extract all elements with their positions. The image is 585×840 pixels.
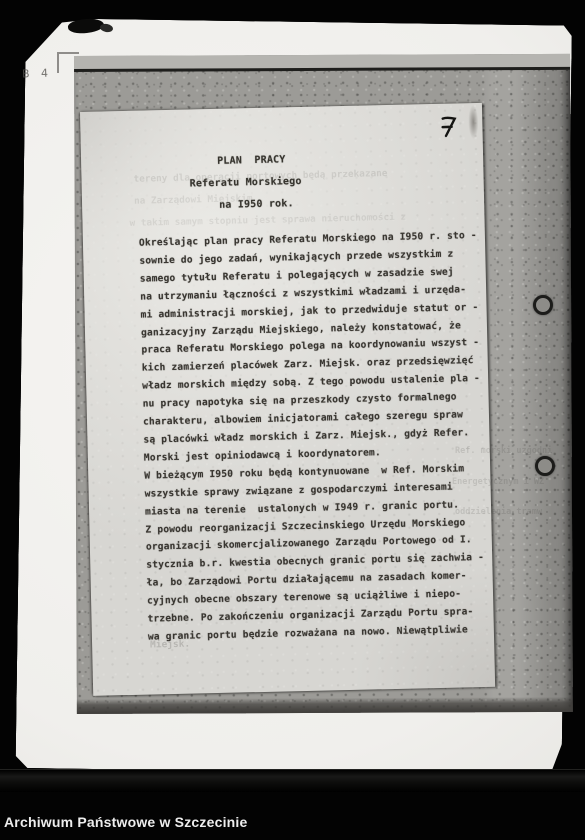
- typed-document-page: tereny dla operacji portowych będą przek…: [80, 103, 495, 696]
- ghost-margin-fragment: oddzielenia tramw: [455, 508, 542, 517]
- punch-hole-bottom: [535, 456, 555, 476]
- handwritten-seven-glyph: [438, 113, 458, 140]
- ghost-text-line: w takim samym stopniu jest sprawa nieruc…: [129, 213, 406, 229]
- pencil-code-mark: B 4: [22, 67, 52, 79]
- document-body: Określając plan pracy Referatu Morskiego…: [139, 227, 486, 646]
- ghost-margin-fragment: Energetycznym i WZ: [452, 478, 544, 487]
- archive-caption: Archiwum Państwowe w Szczecinie: [4, 814, 248, 831]
- document-title-line-2: Referatu Morskiego: [190, 176, 302, 191]
- document-title-line-1: PLAN PRACY: [217, 154, 286, 168]
- document-title-line-3: na I950 rok.: [219, 198, 294, 212]
- scanner-bed-band: [0, 769, 585, 792]
- page-number-7: [438, 113, 458, 144]
- page-corner-smudge: [468, 105, 479, 139]
- archival-scan-photo: B 4 tereny dla operacji portowych będą p…: [0, 0, 585, 840]
- punch-hole-top: [533, 295, 553, 315]
- ghost-margin-fragment: Ref. morski uzgodni: [455, 447, 552, 456]
- pencil-note: Miejsk.: [150, 640, 190, 650]
